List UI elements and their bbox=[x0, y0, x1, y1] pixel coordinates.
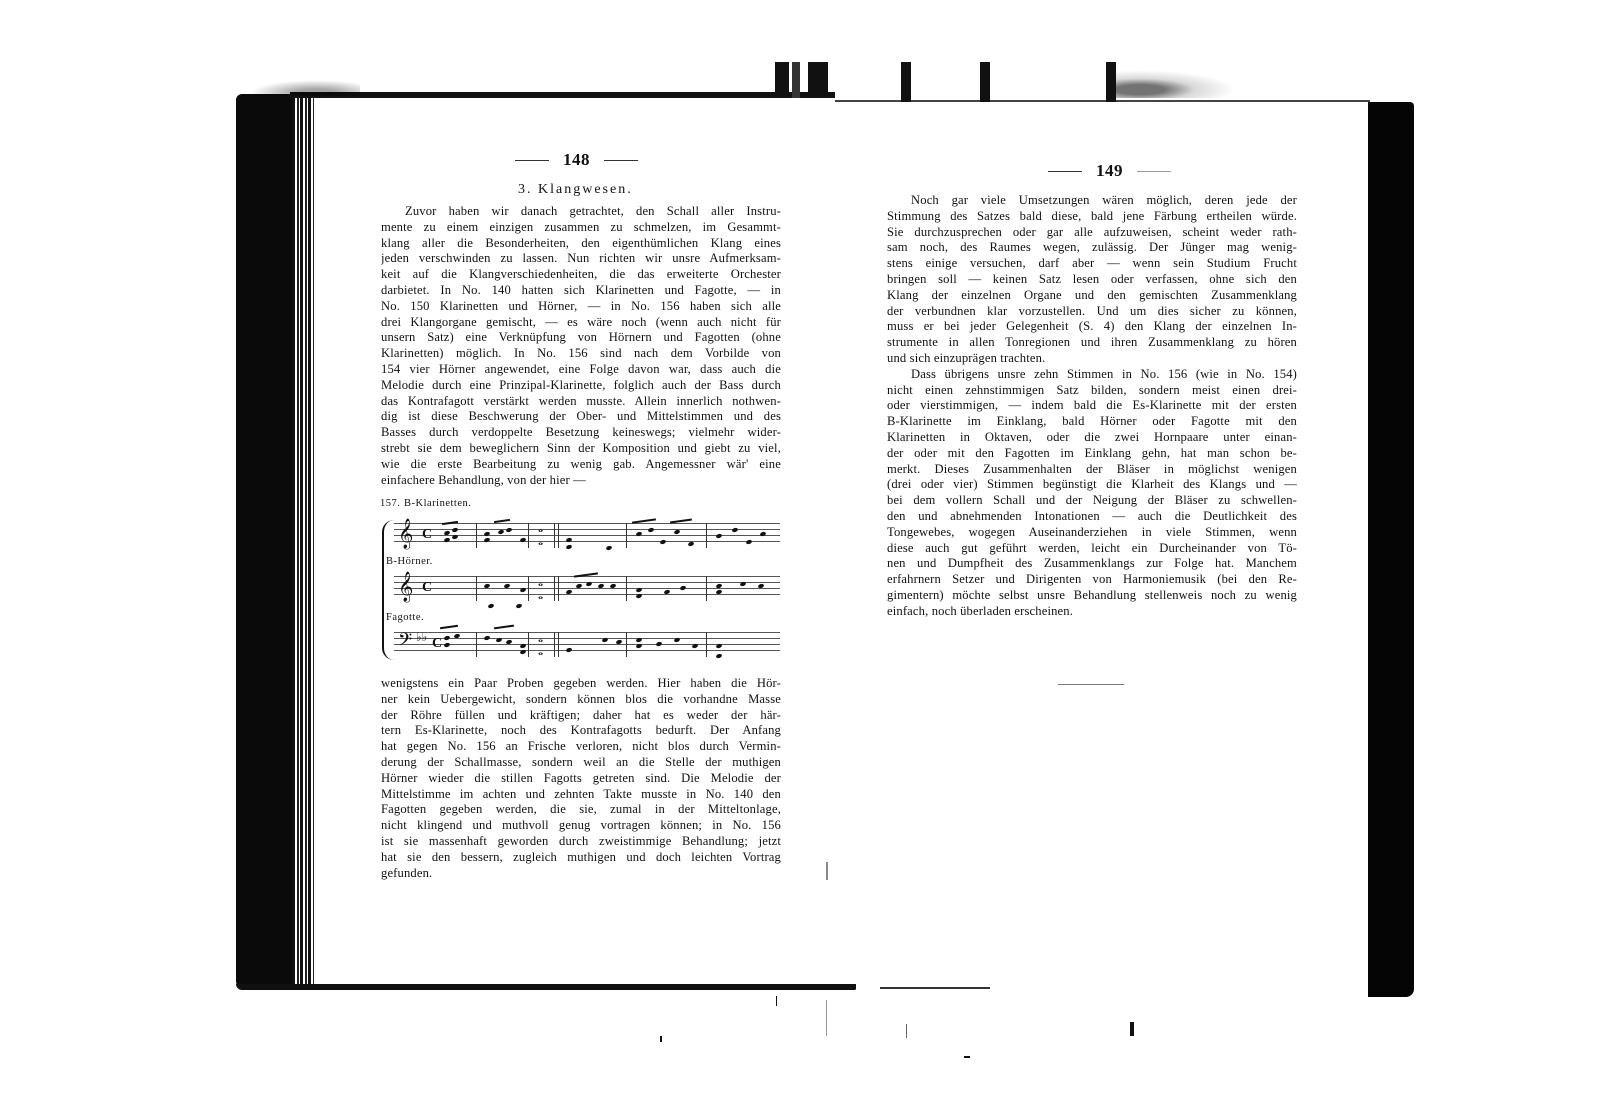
bookmark-tab bbox=[980, 62, 990, 102]
bookmark-tab bbox=[1106, 62, 1116, 102]
book-bottom-edge bbox=[236, 984, 856, 990]
bookmark-tab bbox=[775, 62, 789, 98]
text-line: Stimmung des Satzes bald diese, bald jen… bbox=[887, 209, 1297, 225]
text-line: Hörner wieder die stillen Fagotts getret… bbox=[381, 771, 781, 787]
page-number-148: 148 bbox=[563, 150, 590, 170]
text-line: das Kontrafagott verstärkt werden musste… bbox=[381, 394, 781, 410]
text-line: nen und Dumpfheit des Zusammenklangs zur… bbox=[887, 556, 1297, 572]
text-line: hat sie den bessern, zugleich muthigen u… bbox=[381, 850, 781, 866]
barline bbox=[528, 576, 529, 601]
treble-clef-icon: 𝄞 bbox=[398, 575, 413, 599]
treble-clef-icon: 𝄞 bbox=[398, 522, 413, 546]
whole-note-icon: 𝅝 bbox=[538, 587, 543, 603]
whole-note-icon: 𝅝 bbox=[538, 533, 543, 549]
text-line: sam noch, des Raumes wegen, zulässig. De… bbox=[887, 240, 1297, 256]
text-line: ist sie massenhaft geworden durch zweist… bbox=[381, 834, 781, 850]
barline bbox=[706, 576, 707, 601]
folio-dash bbox=[515, 160, 549, 161]
folio-dash bbox=[604, 160, 638, 161]
text-line: Fagotten gegeben werden, die sie, zumal … bbox=[381, 802, 781, 818]
scan-speck bbox=[826, 862, 828, 880]
text-line: (drei oder vier) Stimmen begünstigt die … bbox=[887, 477, 1297, 493]
left-page-number: 148 bbox=[515, 150, 638, 170]
text-line: Melodie durch eine Prinzipal-Klarinette,… bbox=[381, 378, 781, 394]
scan-speck bbox=[906, 1024, 907, 1038]
scan-speck bbox=[776, 996, 777, 1006]
section-heading: 3. Klangwesen. bbox=[518, 182, 633, 198]
text-line: keit auf die Klangverschiedenheiten, die… bbox=[381, 267, 781, 283]
text-line: nicht einen zehnstimmigen Satz bilden, s… bbox=[887, 383, 1297, 399]
part-label-clarinets: B-Klarinetten. bbox=[404, 498, 471, 509]
text-line: der verbundnen klar vorzustellen. Und um… bbox=[887, 304, 1297, 320]
barline bbox=[528, 523, 529, 548]
text-line: drei Klangorgane gemischt, — es wäre noc… bbox=[381, 315, 781, 331]
text-line: tern Es-Klarinette, noch des Kontrafagot… bbox=[381, 723, 781, 739]
text-line: stens einige versuchen, darf aber — wenn… bbox=[887, 256, 1297, 272]
text-line: mente zu einem einzigen zusammen zu schm… bbox=[381, 220, 781, 236]
text-line: der oder mit den Fagotten im Einklang ge… bbox=[887, 446, 1297, 462]
bookmark-tab bbox=[901, 62, 911, 102]
text-line: der Röhre füllen und kräftigen; daher ha… bbox=[381, 708, 781, 724]
end-rule bbox=[1058, 684, 1124, 685]
barline bbox=[626, 632, 627, 657]
text-line: strumente in allen Tonregionen und ihren… bbox=[887, 335, 1297, 351]
text-line: No. 150 Klarinetten und Hörner, — in No.… bbox=[381, 299, 781, 315]
book-cover-right bbox=[1368, 102, 1414, 997]
text-line: gimentern) möchte selbst unsre Behandlun… bbox=[887, 588, 1297, 604]
text-line: B-Klarinette im Einklang, bald Hörner od… bbox=[887, 414, 1297, 430]
text-line: Klarinetten) möglich. In No. 156 sind na… bbox=[381, 346, 781, 362]
text-line: jeden verschwinden zu lassen. Nun richte… bbox=[381, 251, 781, 267]
flat-icon: ♭♭ bbox=[416, 630, 427, 645]
common-time-icon: C bbox=[422, 527, 432, 543]
staff-bassoons bbox=[394, 632, 780, 656]
scan-speck bbox=[1130, 1022, 1134, 1036]
book-bottom-edge-right bbox=[880, 987, 990, 989]
text-line: Tongewebes, wogegen Auseinanderziehen in… bbox=[887, 525, 1297, 541]
text-line: gefunden. bbox=[381, 866, 781, 882]
text-line: diese auch gut geführt werden, leicht ei… bbox=[887, 541, 1297, 557]
barline bbox=[626, 523, 627, 548]
text-line: Dass übrigens unsre zehn Stimmen in No. … bbox=[887, 367, 1297, 383]
page-number-149: 149 bbox=[1096, 161, 1123, 181]
barline bbox=[528, 632, 529, 657]
barline bbox=[626, 576, 627, 601]
text-line: Noch gar viele Umsetzungen wären möglich… bbox=[887, 193, 1297, 209]
folio-dash bbox=[1137, 171, 1171, 172]
text-line: Klarinetten in Oktaven, oder die zwei Ho… bbox=[887, 430, 1297, 446]
bookmark-tab bbox=[792, 62, 800, 98]
text-line: unsern Satz) eine Verknüpfung von Hörner… bbox=[381, 330, 781, 346]
text-line: einfach, noch überladen erscheinen. bbox=[887, 604, 1297, 620]
text-line: bei dem vollern Schall und der Neigung d… bbox=[887, 493, 1297, 509]
bass-clef-icon: 𝄢 bbox=[398, 630, 412, 654]
text-line: 154 vier Hörner angewendet, eine Folge d… bbox=[381, 362, 781, 378]
bookmark-tab bbox=[808, 62, 828, 100]
common-time-icon: C bbox=[422, 580, 432, 596]
left-paragraph-1: Zuvor haben wir danach getrachtet, den S… bbox=[381, 204, 781, 488]
system-brace bbox=[382, 520, 394, 660]
scan-speck bbox=[660, 1036, 662, 1042]
text-line: muss er bei jeder Gelegenheit (S. 4) den… bbox=[887, 319, 1297, 335]
right-page-number: 149 bbox=[1048, 161, 1171, 181]
scan-noise bbox=[250, 80, 360, 96]
text-line: einfachere Behandlung, von der hier — bbox=[381, 473, 781, 489]
left-paragraph-2: wenigstens ein Paar Proben gegeben werde… bbox=[381, 676, 781, 881]
text-line: Mittelstimme im achten und zehnten Takte… bbox=[381, 787, 781, 803]
text-line: ner kein Uebergewicht, sondern können bl… bbox=[381, 692, 781, 708]
common-time-icon: C bbox=[432, 636, 442, 652]
text-line: den und abnehmenden Intonationen — auch … bbox=[887, 509, 1297, 525]
text-line: dig ist diese Beschwerung der Ober- und … bbox=[381, 409, 781, 425]
music-example-157: 157. B-Klarinetten. B-Hörner. Fagotte. 𝄞… bbox=[380, 498, 780, 668]
barline bbox=[706, 523, 707, 548]
text-line: erfahrnern Setzer und Dirigenten von Har… bbox=[887, 572, 1297, 588]
example-number: 157. bbox=[380, 498, 400, 509]
scan-speck bbox=[964, 1056, 970, 1058]
whole-note-icon: 𝅝 bbox=[538, 643, 543, 659]
barline bbox=[476, 576, 477, 601]
double-barline bbox=[554, 576, 559, 601]
text-line: nicht klingend und muthvoll genug vortra… bbox=[381, 818, 781, 834]
barline bbox=[476, 632, 477, 657]
double-barline bbox=[554, 523, 559, 548]
text-line: oder vierstimmigen, — indem bald die Es-… bbox=[887, 398, 1297, 414]
text-line: Klang der einzelnen Organe und den gemis… bbox=[887, 288, 1297, 304]
text-line: klang aller die Besonderheiten, den eige… bbox=[381, 236, 781, 252]
text-line: Sie durchzusprechen oder gar alle aufzuw… bbox=[887, 225, 1297, 241]
text-line: strebt sie dem beweglichern Sinn der Kom… bbox=[381, 441, 781, 457]
text-line: merkt. Dieses Zusammenhalten der Bläser … bbox=[887, 462, 1297, 478]
text-line: und sich einzuprägen trachten. bbox=[887, 351, 1297, 367]
folio-dash bbox=[1048, 171, 1082, 172]
right-paragraph-1: Noch gar viele Umsetzungen wären möglich… bbox=[887, 193, 1297, 620]
text-line: bringen soll — keinen Satz lesen oder ve… bbox=[887, 272, 1297, 288]
double-barline bbox=[554, 632, 559, 657]
staff-horns bbox=[394, 576, 780, 600]
scan-noise bbox=[1116, 70, 1236, 98]
text-line: darbietet. In No. 140 hatten sich Klarin… bbox=[381, 283, 781, 299]
barline bbox=[476, 523, 477, 548]
text-line: Zuvor haben wir danach getrachtet, den S… bbox=[381, 204, 781, 220]
barline bbox=[706, 632, 707, 657]
text-line: derung der Schallmasse, sondern weil an … bbox=[381, 755, 781, 771]
text-line: hat gegen No. 156 an Frische verloren, n… bbox=[381, 739, 781, 755]
page-edges-left bbox=[292, 96, 314, 988]
text-line: wie die erste Bearbeitung zu wenig gab. … bbox=[381, 457, 781, 473]
text-line: Basses durch verdoppelte Besetzung keine… bbox=[381, 425, 781, 441]
text-line: wenigstens ein Paar Proben gegeben werde… bbox=[381, 676, 781, 692]
scan-speck bbox=[826, 1000, 827, 1036]
